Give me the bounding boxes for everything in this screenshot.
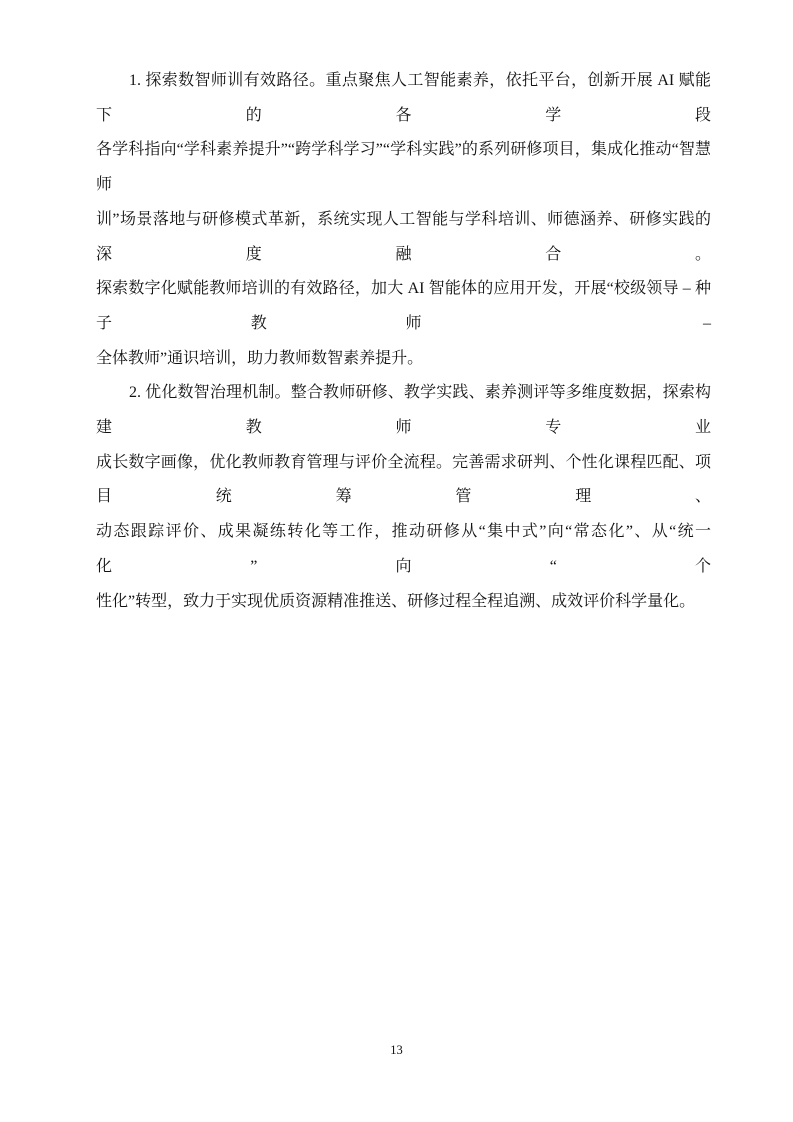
- text-line: 成长数字画像，优化教师教育管理与评价全流程。完善需求研判、个性化课程匹配、项目统…: [96, 446, 711, 515]
- text-line: 2. 优化数智治理机制。整合教师研修、教学实践、素养测评等多维度数据，探索构建教…: [96, 376, 711, 445]
- text-line: 各学科指向“学科素养提升”“跨学科学习”“学科实践”的系列研修项目，集成化推动“…: [96, 133, 711, 202]
- text-line: 1. 探索数智师训有效路径。重点聚焦人工智能素养，依托平台，创新开展 AI 赋能…: [96, 64, 711, 133]
- text-line: 全体教师”通识培训，助力教师数智素养提升。: [96, 342, 711, 377]
- page-number: 13: [0, 1043, 793, 1058]
- paragraph-1: 1. 探索数智师训有效路径。重点聚焦人工智能素养，依托平台，创新开展 AI 赋能…: [96, 64, 711, 376]
- text-line: 动态跟踪评价、成果凝练转化等工作，推动研修从“集中式”向“常态化”、从“统一化”…: [96, 515, 711, 584]
- document-page: 1. 探索数智师训有效路径。重点聚焦人工智能素养，依托平台，创新开展 AI 赋能…: [0, 0, 793, 1122]
- text-line: 性化”转型，致力于实现优质资源精准推送、研修过程全程追溯、成效评价科学量化。: [96, 585, 711, 620]
- text-line: 探索数字化赋能教师培训的有效路径，加大 AI 智能体的应用开发，开展“校级领导 …: [96, 272, 711, 341]
- text-line: 训”场景落地与研修模式革新，系统实现人工智能与学科培训、师德涵养、研修实践的深度…: [96, 203, 711, 272]
- paragraph-2: 2. 优化数智治理机制。整合教师研修、教学实践、素养测评等多维度数据，探索构建教…: [96, 376, 711, 619]
- body-text: 1. 探索数智师训有效路径。重点聚焦人工智能素养，依托平台，创新开展 AI 赋能…: [96, 64, 711, 619]
